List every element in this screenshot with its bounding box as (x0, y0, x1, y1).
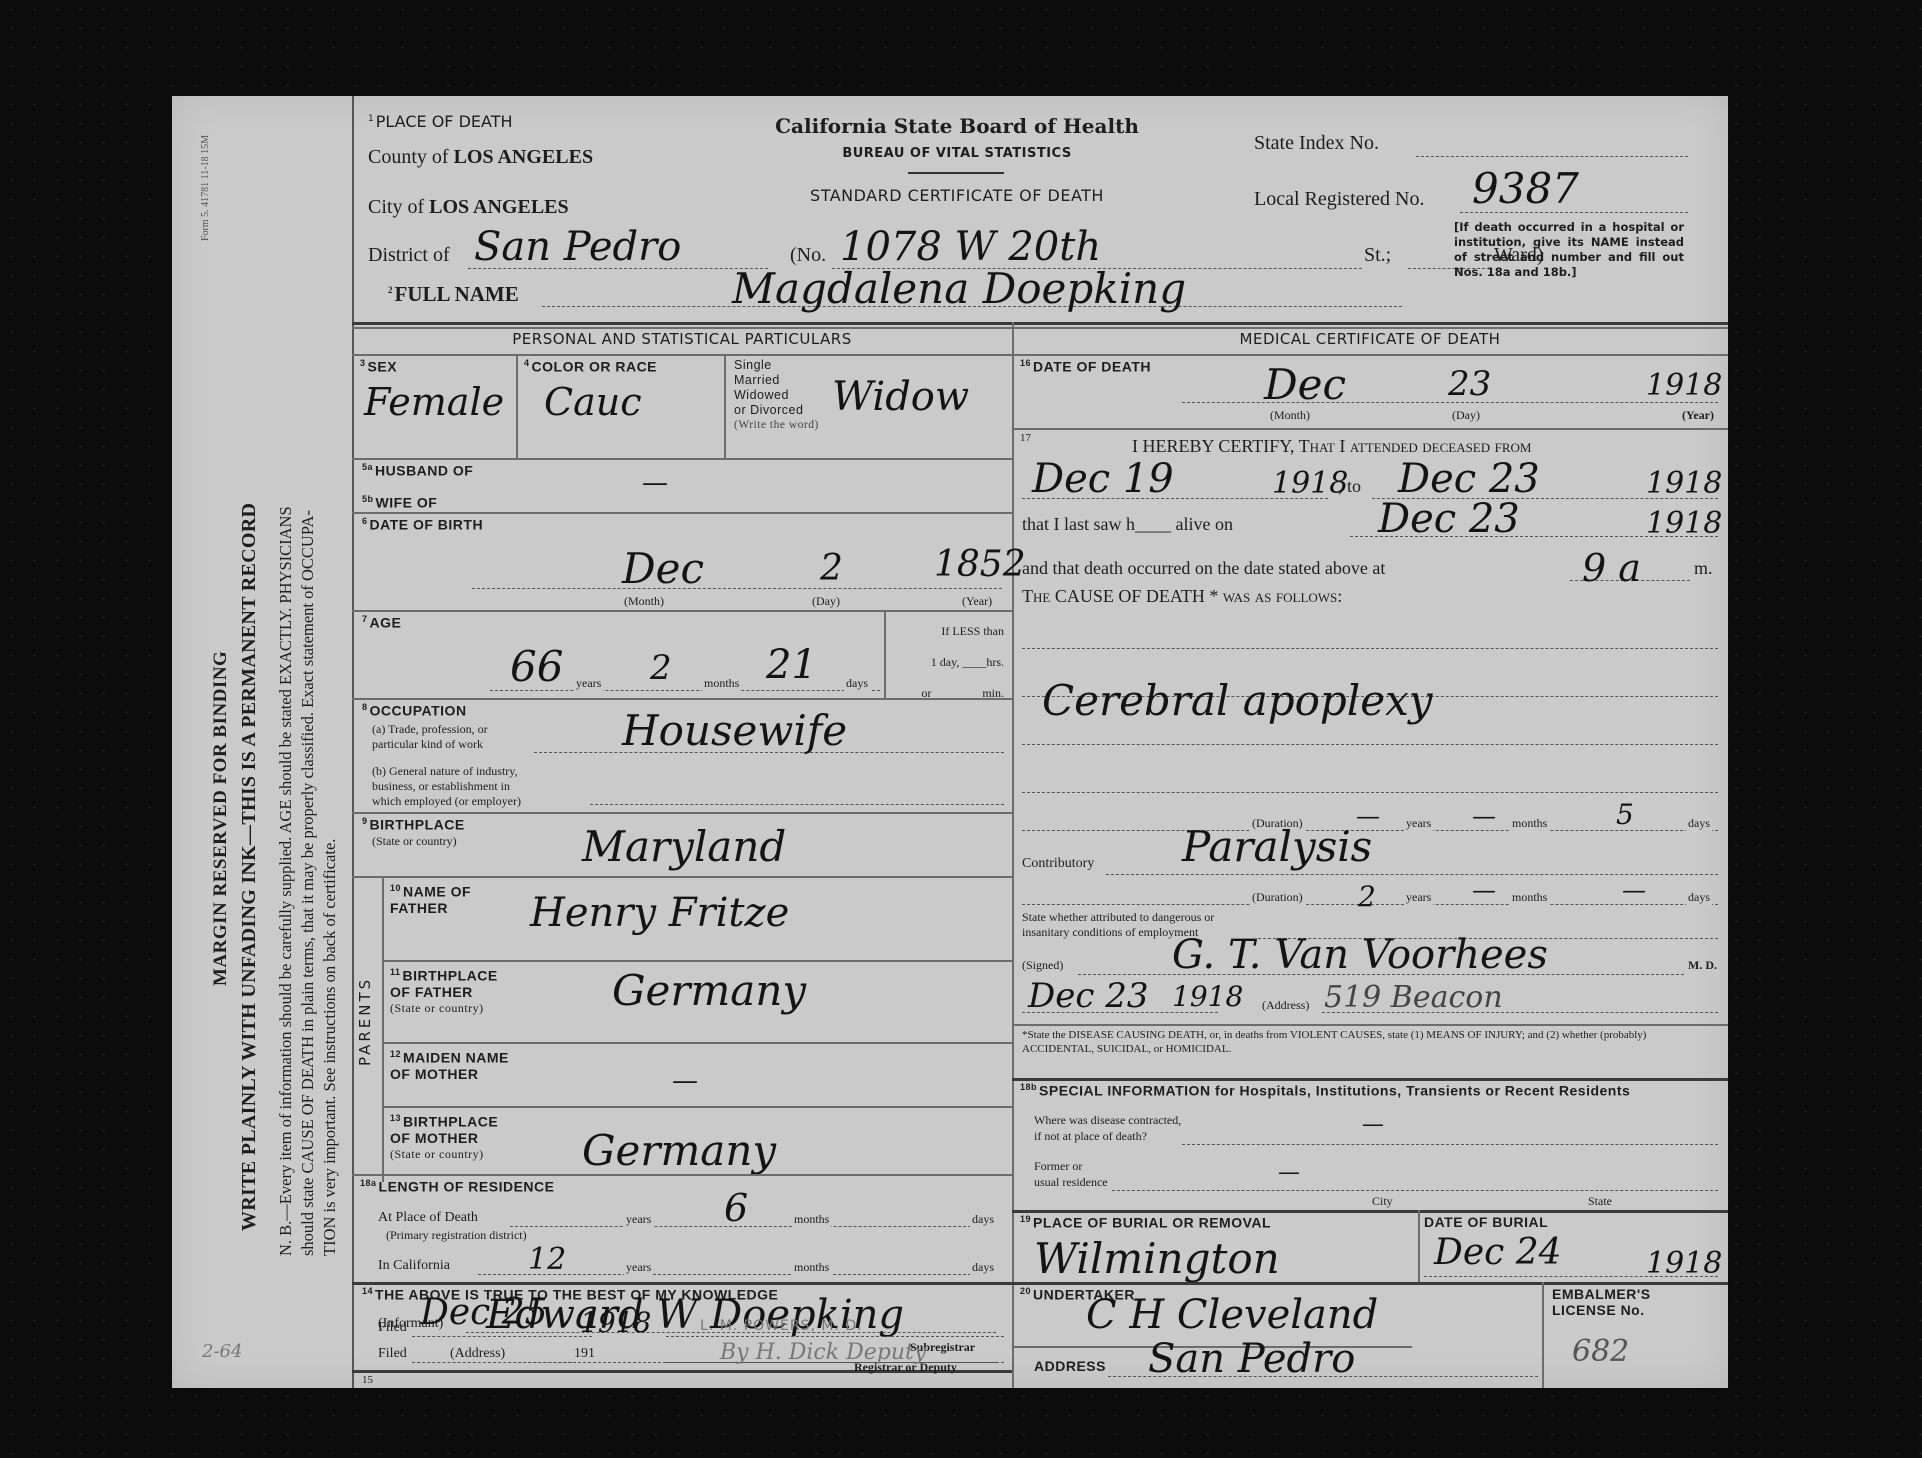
occurred-text: and that death occurred on the date stat… (1022, 558, 1385, 579)
res-ca-years: 12 (528, 1242, 566, 1277)
local-reg-value: 9387 (1472, 164, 1579, 213)
attended-from: Dec 19 (1032, 456, 1174, 502)
contrib-days-caption: days (1686, 890, 1712, 905)
district-value: San Pedro (474, 224, 681, 270)
last-saw-year: 1918 (1646, 506, 1722, 541)
street-suffix: St.; (1364, 244, 1391, 267)
cause-value: Cerebral apoplexy (1042, 676, 1433, 725)
contrib-months-caption: months (1510, 890, 1549, 905)
husband-label: 5aHUSBAND OF (362, 462, 473, 479)
filed-label-2: Filed (378, 1346, 407, 1362)
undertaker-value: C H Cleveland (1086, 1292, 1378, 1338)
occupation-label: 8OCCUPATION (362, 702, 467, 719)
undertaker-address-value: San Pedro (1148, 1336, 1355, 1382)
signed-label: (Signed) (1022, 958, 1063, 973)
burial-label: 19PLACE OF BURIAL OR REMOVAL (1020, 1214, 1271, 1231)
birthplace-hint: (State or country) (372, 834, 457, 849)
undertaker-address-label: ADDRESS (1034, 1358, 1106, 1374)
last-saw-text: that I last saw h____ alive on (1022, 514, 1233, 535)
signed-date: Dec 23 (1028, 976, 1149, 1016)
res-ca-label: In California (378, 1258, 450, 1274)
res-place-months: 6 (724, 1186, 748, 1230)
dod-day: 23 (1448, 364, 1491, 404)
last-saw-value: Dec 23 (1378, 496, 1520, 542)
marital-value: Widow (832, 374, 969, 420)
form-title: STANDARD CERTIFICATE OF DEATH (732, 186, 1182, 205)
contrib-duration-months: — (1472, 876, 1496, 904)
res-ca-days-caption: days (970, 1260, 996, 1275)
cause-intro: The CAUSE OF DEATH * was as follows: (1022, 586, 1342, 607)
contrib-duration-days: — (1622, 876, 1646, 904)
m-word: m. (1694, 558, 1713, 579)
county-row: County of LOS ANGELES (368, 146, 593, 169)
dob-day: 2 (820, 548, 843, 589)
signed-value: G. T. Van Voorhees (1172, 932, 1548, 978)
race-value: Cauc (544, 380, 642, 424)
to-word: , to (1338, 476, 1361, 497)
embalmer-value: 682 (1572, 1334, 1629, 1369)
center-divider (1012, 322, 1014, 1388)
duration-months-caption: months (1510, 816, 1549, 831)
duration-months: — (1472, 802, 1496, 830)
filed-label-1: Filed (378, 1320, 407, 1336)
year-caption: (Year) (962, 594, 992, 609)
age-days-caption: days (844, 676, 870, 691)
former-residence-label: Former orusual residence (1034, 1158, 1108, 1190)
age-years: 66 (510, 642, 563, 691)
district-label: District of (368, 244, 450, 267)
local-reg-label: Local Registered No. (1254, 188, 1425, 211)
month-caption: (Month) (624, 594, 664, 609)
item-15: 15 (362, 1374, 373, 1386)
occupation-a-label: (a) Trade, profession, orparticular kind… (372, 722, 488, 752)
nb-line-2: should state CAUSE OF DEATH in plain ter… (298, 510, 318, 1256)
birthplace-value: Maryland (582, 822, 786, 871)
dod-day-caption: (Day) (1452, 408, 1480, 423)
contracted-value: — (1362, 1112, 1384, 1137)
occupation-value: Housewife (622, 706, 847, 755)
mother-maiden-value: — (672, 1066, 698, 1096)
margin-divider (352, 96, 354, 1388)
age-days: 21 (766, 642, 817, 688)
dob-label: 6DATE OF BIRTH (362, 516, 483, 533)
spouse-value: — (642, 468, 668, 498)
filed-year: 1918 (580, 1306, 651, 1339)
attended-from-year: 1918 (1272, 466, 1348, 501)
subregistrar-stamp: L. M. POWERS, M. D. (700, 1318, 863, 1334)
sex-value: Female (364, 380, 504, 424)
mother-maiden-label: 12MAIDEN NAMEOF MOTHER (390, 1046, 509, 1082)
parents-label: PARENTS (356, 977, 374, 1066)
hospital-note: [If death occurred in a hospital or inst… (1454, 220, 1684, 280)
contrib-duration-years: 2 (1358, 880, 1376, 913)
special-header: 18bSPECIAL INFORMATION for Hospitals, In… (1020, 1082, 1630, 1099)
dod-year-caption: (Year) (1682, 408, 1714, 423)
age-years-caption: years (574, 676, 603, 691)
contributory-value: Paralysis (1182, 822, 1372, 871)
registrar-label: Registrar or Deputy (854, 1360, 957, 1375)
age-months: 2 (650, 648, 672, 688)
form-number: Form 5. 41781 11-18 15M (200, 135, 211, 241)
father-birthplace-value: Germany (612, 966, 806, 1015)
cause-footnote: *State the DISEASE CAUSING DEATH, or, in… (1022, 1028, 1718, 1056)
duration-days: 5 (1616, 798, 1634, 831)
burial-year: 1918 (1646, 1246, 1722, 1281)
res-place-months-caption: months (792, 1212, 831, 1227)
contributory-label: Contributory (1022, 856, 1094, 872)
city-value: LOS ANGELES (429, 196, 569, 218)
personal-title: PERSONAL AND STATISTICAL PARTICULARS (352, 330, 1012, 348)
full-name-value: Magdalena Doepking (732, 264, 1186, 313)
age-months-caption: months (702, 676, 741, 691)
bureau-title: BUREAU OF VITAL STATISTICS (732, 146, 1182, 161)
res-ca-months-caption: months (792, 1260, 831, 1275)
item-17: 17 (1020, 432, 1031, 444)
time-value: 9 a (1582, 546, 1641, 590)
marital-options: Single Married Widowed or Divorced (Writ… (734, 358, 819, 433)
dod-year: 1918 (1646, 368, 1722, 403)
res-place-days-caption: days (970, 1212, 996, 1227)
sex-label: 3SEX (360, 358, 397, 375)
mother-birthplace-label: 13BIRTHPLACEOF MOTHER(State or country) (390, 1110, 498, 1162)
residence-label: 18aLENGTH OF RESIDENCE (360, 1178, 555, 1195)
city-caption: City (1372, 1194, 1393, 1209)
res-place-sub: (Primary registration district) (386, 1228, 527, 1243)
ink-notice: WRITE PLAINLY WITH UNFADING INK—THIS IS … (238, 503, 261, 1231)
contrib-duration-label: (Duration) (1250, 890, 1305, 905)
contracted-label: Where was disease contracted,if not at p… (1034, 1112, 1181, 1144)
binding-notice: MARGIN RESERVED FOR BINDING (210, 651, 232, 986)
state-index-label: State Index No. (1254, 132, 1379, 155)
physician-address-label: (Address) (1262, 998, 1309, 1013)
pencil-note: 2-64 (202, 1341, 242, 1362)
nb-line-3: TION is very important. See instructions… (320, 839, 340, 1256)
less-than-note: If LESS than 1 day, ____hrs. or ________… (892, 616, 1004, 709)
race-label: 4COLOR OR RACE (524, 358, 657, 375)
dod-month: Dec (1264, 360, 1346, 409)
burial-date-value: Dec 24 (1434, 1232, 1562, 1273)
res-place-label: At Place of Death (378, 1210, 478, 1226)
burial-date-label: DATE OF BURIAL (1424, 1214, 1548, 1230)
county-value: LOS ANGELES (454, 146, 594, 168)
state-caption: State (1588, 1194, 1612, 1209)
birthplace-label: 9BIRTHPLACE (362, 816, 465, 833)
nb-line-1: N. B.—Every item of information should b… (276, 506, 296, 1256)
mother-birthplace-value: Germany (582, 1126, 776, 1175)
wife-label: 5bWIFE OF (362, 494, 437, 511)
md-label: M. D. (1688, 958, 1717, 973)
former-residence-value: — (1278, 1160, 1300, 1185)
signed-year: 1918 (1172, 980, 1243, 1013)
day-caption: (Day) (812, 594, 840, 609)
contrib-years-caption: years (1404, 890, 1433, 905)
certify-text: I HEREBY CERTIFY, That I attended deceas… (1132, 436, 1531, 457)
city-row: City of LOS ANGELES (368, 196, 569, 219)
res-place-years-caption: years (624, 1212, 653, 1227)
duration-days-caption: days (1686, 816, 1712, 831)
place-of-death-label: 1PLACE OF DEATH (368, 112, 513, 131)
medical-title: MEDICAL CERTIFICATE OF DEATH (1012, 330, 1728, 348)
occupation-b-label: (b) General nature of industry,business,… (372, 764, 521, 809)
physician-address-value: 519 Beacon (1324, 980, 1503, 1015)
age-label: 7AGE (362, 614, 401, 631)
res-ca-years-caption: years (624, 1260, 653, 1275)
dob-month: Dec (622, 544, 704, 593)
dod-label: 16DATE OF DEATH (1020, 358, 1151, 375)
attended-to-year: 1918 (1646, 466, 1722, 501)
father-name-label: 10NAME OFFATHER (390, 880, 471, 916)
full-name-label: 2FULL NAME (388, 282, 519, 307)
agency-title: California State Board of Health (732, 114, 1182, 138)
death-certificate: Form 5. 41781 11-18 15M MARGIN RESERVED … (172, 96, 1728, 1388)
filed2-year: 191 (574, 1346, 595, 1362)
father-birthplace-label: 11BIRTHPLACEOF FATHER(State or country) (390, 964, 498, 1016)
filed-date: Dec 25 (420, 1292, 548, 1333)
duration-years-caption: years (1404, 816, 1433, 831)
burial-value: Wilmington (1034, 1234, 1280, 1283)
father-name-value: Henry Fritze (530, 890, 789, 936)
embalmer-label: EMBALMER'SLICENSE No. (1552, 1286, 1651, 1318)
dob-year: 1852 (934, 544, 1026, 585)
informant-address-label: (Address) (450, 1346, 505, 1362)
dod-month-caption: (Month) (1270, 408, 1310, 423)
